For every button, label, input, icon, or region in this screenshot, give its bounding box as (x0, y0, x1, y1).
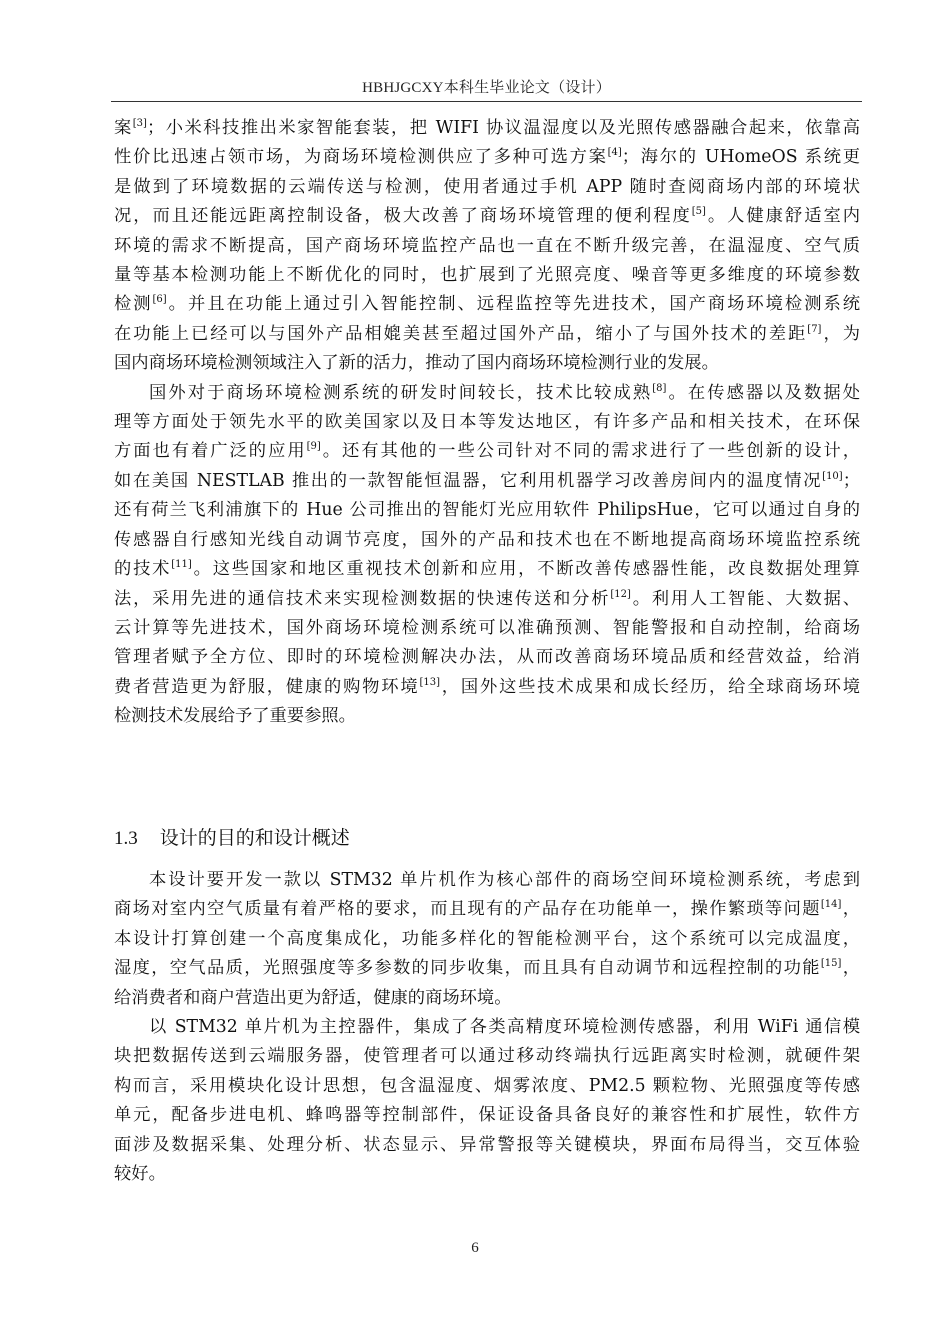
text-line: 检测技术发展给予了重要参照。 (114, 702, 860, 731)
line-text: 较好。 (114, 1164, 166, 1184)
text-line: 理等方面处于领先水平的欧美国家以及日本等发达地区，有许多产品和相关技术，在环保 (114, 408, 860, 437)
section-title: 设计的目的和设计概述 (160, 827, 350, 849)
line-text: 。在传感器以及数据处 (666, 383, 860, 403)
citation-ref: [8] (652, 383, 666, 394)
line-text: 商场对室内空气质量有着严格的要求，而且现有的产品存在功能单一，操作繁琐等问题 (114, 899, 821, 919)
citation-ref: [12] (610, 589, 631, 600)
text-line: 是做到了环境数据的云端传送与检测，使用者通过手机 APP 随时查阅商场内部的环境… (114, 173, 860, 202)
body-text-after-section: 本设计要开发一款以 STM32 单片机作为核心部件的商场空间环境检测系统，考虑到… (114, 866, 860, 1189)
text-line: 检测[6]。并且在功能上通过引入智能控制、远程监控等先进技术，国产商场环境检测系… (114, 290, 860, 319)
text-line: 国外对于商场环境检测系统的研发时间较长，技术比较成熟[8]。在传感器以及数据处 (114, 379, 860, 408)
line-text: 法，采用先进的通信技术来实现检测数据的快速传送和分析 (114, 589, 610, 609)
line-text: 的技术 (114, 559, 171, 579)
line-text: 湿度，空气品质，光照强度等多参数的同步收集，而且具有自动调节和远程控制的功能 (114, 958, 821, 978)
text-line: 块把数据传送到云端服务器，使管理者可以通过移动终端执行远距离实时检测，就硬件架 (114, 1042, 860, 1071)
text-line: 法，采用先进的通信技术来实现检测数据的快速传送和分析[12]。利用人工智能、大数… (114, 585, 860, 614)
text-line: 较好。 (114, 1160, 860, 1189)
line-text: 管理者赋予全方位、即时的环境检测解决办法，从而改善商场环境品质和经营效益，给消 (114, 647, 860, 667)
line-text: 环境的需求不断提高，国产商场环境监控产品也一直在不断升级完善，在温湿度、空气质 (114, 236, 860, 256)
line-text: 。利用人工智能、大数据、 (631, 589, 860, 609)
text-line: 以 STM32 单片机为主控器件，集成了各类高精度环境检测传感器，利用 WiFi… (114, 1013, 860, 1042)
page-number: 6 (0, 1240, 950, 1257)
section-heading: 1.3设计的目的和设计概述 (114, 823, 350, 850)
text-line: 湿度，空气品质，光照强度等多参数的同步收集，而且具有自动调节和远程控制的功能[1… (114, 954, 860, 983)
citation-ref: [13] (419, 677, 440, 688)
text-line: 云计算等先进技术，国外商场环境检测系统可以准确预测、智能警报和自动控制，给商场 (114, 614, 860, 643)
text-line: 的技术[11]。这些国家和地区重视技术创新和应用，不断改善传感器性能，改良数据处… (114, 555, 860, 584)
line-text: 性价比迅速占领市场，为商场环境检测供应了多种可选方案 (114, 147, 608, 167)
line-text: 还有荷兰飞利浦旗下的 Hue 公司推出的智能灯光应用软件 PhilipsHue，… (114, 500, 860, 520)
text-line: 在功能上已经可以与国外产品相媲美甚至超过国外产品，缩小了与国外技术的差距[7]，… (114, 320, 860, 349)
line-text: 如在美国 NESTLAB 推出的一款智能恒温器，它利用机器学习改善房间内的温度情… (114, 471, 822, 491)
line-text: 。人健康舒适室内 (706, 206, 860, 226)
text-line: 还有荷兰飞利浦旗下的 Hue 公司推出的智能灯光应用软件 PhilipsHue，… (114, 496, 860, 525)
citation-ref: [10] (822, 471, 843, 482)
line-text: 云计算等先进技术，国外商场环境检测系统可以准确预测、智能警报和自动控制，给商场 (114, 618, 860, 638)
line-text: 在功能上已经可以与国外产品相媲美甚至超过国外产品，缩小了与国外技术的差距 (114, 324, 807, 344)
line-text: 是做到了环境数据的云端传送与检测，使用者通过手机 APP 随时查阅商场内部的环境… (114, 177, 860, 197)
line-text: ， (841, 899, 860, 919)
text-line: 方面也有着广泛的应用[9]。还有其他的一些公司针对不同的需求进行了一些创新的设计… (114, 437, 860, 466)
text-line: 传感器自行感知光线自动调节亮度，国外的产品和技术也在不断地提高商场环境监控系统 (114, 526, 860, 555)
line-text: 量等基本检测功能上不断优化的同时，也扩展到了光照亮度、噪音等更多维度的环境参数 (114, 265, 860, 285)
line-text: 本设计打算创建一个高度集成化，功能多样化的智能检测平台，这个系统可以完成温度， (114, 929, 860, 949)
text-line: 给消费者和商户营造出更为舒适，健康的商场环境。 (114, 984, 860, 1013)
text-line: 本设计要开发一款以 STM32 单片机作为核心部件的商场空间环境检测系统，考虑到 (114, 866, 860, 895)
line-text: 传感器自行感知光线自动调节亮度，国外的产品和技术也在不断地提高商场环境监控系统 (114, 530, 860, 550)
text-line: 量等基本检测功能上不断优化的同时，也扩展到了光照亮度、噪音等更多维度的环境参数 (114, 261, 860, 290)
text-line: 性价比迅速占领市场，为商场环境检测供应了多种可选方案[4]；海尔的 UHomeO… (114, 143, 860, 172)
line-text: 案 (114, 118, 133, 138)
line-text: ，国外这些技术成果和成长经历，给全球商场环境 (440, 677, 860, 697)
citation-ref: [6] (153, 294, 167, 305)
line-text: 方面也有着广泛的应用 (114, 441, 307, 461)
line-text: ； (843, 471, 860, 491)
line-text: 国内商场环境检测领域注入了新的活力，推动了国内商场环境检测行业的发展。 (114, 353, 719, 373)
text-line: 面涉及数据采集、处理分析、状态显示、异常警报等关键模块，界面布局得当，交互体验 (114, 1131, 860, 1160)
citation-ref: [15] (821, 958, 842, 969)
citation-ref: [7] (807, 324, 821, 335)
text-line: 商场对室内空气质量有着严格的要求，而且现有的产品存在功能单一，操作繁琐等问题[1… (114, 895, 860, 924)
document-page: HBHJGCXY本科生毕业论文（设计） 案[3]；小米科技推出米家智能套装，把 … (0, 0, 950, 1344)
section-number: 1.3 (114, 828, 138, 849)
citation-ref: [9] (307, 441, 321, 452)
citation-ref: [11] (171, 559, 192, 570)
citation-ref: [14] (821, 899, 842, 910)
line-text: 。并且在功能上通过引入智能控制、远程监控等先进技术，国产商场环境检测系统 (167, 294, 860, 314)
body-text-before-section: 案[3]；小米科技推出米家智能套装，把 WIFI 协议温湿度以及光照传感器融合起… (114, 114, 860, 732)
citation-ref: [4] (608, 147, 622, 158)
line-text: 。这些国家和地区重视技术创新和应用，不断改善传感器性能，改良数据处理算 (192, 559, 860, 579)
text-line: 环境的需求不断提高，国产商场环境监控产品也一直在不断升级完善，在温湿度、空气质 (114, 232, 860, 261)
line-text: 况，而且还能远距离控制设备，极大改善了商场环境管理的便利程度 (114, 206, 692, 226)
text-line: 费者营造更为舒服，健康的购物环境[13]，国外这些技术成果和成长经历，给全球商场… (114, 673, 860, 702)
text-line: 如在美国 NESTLAB 推出的一款智能恒温器，它利用机器学习改善房间内的温度情… (114, 467, 860, 496)
text-line: 案[3]；小米科技推出米家智能套装，把 WIFI 协议温湿度以及光照传感器融合起… (114, 114, 860, 143)
line-text: 本设计要开发一款以 STM32 单片机作为核心部件的商场空间环境检测系统，考虑到 (149, 870, 860, 890)
line-text: ，为 (821, 324, 860, 344)
line-text: 费者营造更为舒服，健康的购物环境 (114, 677, 419, 697)
line-text: 国外对于商场环境检测系统的研发时间较长，技术比较成熟 (149, 383, 652, 403)
text-line: 管理者赋予全方位、即时的环境检测解决办法，从而改善商场环境品质和经营效益，给消 (114, 643, 860, 672)
text-line: 构而言，采用模块化设计思想，包含温湿度、烟雾浓度、PM2.5 颗粒物、光照强度等… (114, 1072, 860, 1101)
line-text: 块把数据传送到云端服务器，使管理者可以通过移动终端执行远距离实时检测，就硬件架 (114, 1046, 860, 1066)
text-line: 单元，配备步进电机、蜂鸣器等控制部件，保证设备具备良好的兼容性和扩展性，软件方 (114, 1101, 860, 1130)
running-header: HBHJGCXY本科生毕业论文（设计） (111, 76, 862, 97)
line-text: 面涉及数据采集、处理分析、状态显示、异常警报等关键模块，界面布局得当，交互体验 (114, 1135, 860, 1155)
line-text: 以 STM32 单片机为主控器件，集成了各类高精度环境检测传感器，利用 WiFi… (149, 1017, 860, 1037)
line-text: ；小米科技推出米家智能套装，把 WIFI 协议温湿度以及光照传感器融合起来，依靠… (147, 118, 860, 138)
line-text: 理等方面处于领先水平的欧美国家以及日本等发达地区，有许多产品和相关技术，在环保 (114, 412, 860, 432)
citation-ref: [5] (692, 206, 706, 217)
text-line: 国内商场环境检测领域注入了新的活力，推动了国内商场环境检测行业的发展。 (114, 349, 860, 378)
line-text: 给消费者和商户营造出更为舒适，健康的商场环境。 (114, 988, 511, 1008)
line-text: 检测技术发展给予了重要参照。 (114, 706, 356, 726)
line-text: ；海尔的 UHomeOS 系统更 (622, 147, 860, 167)
citation-ref: [3] (133, 118, 147, 129)
line-text: 检测 (114, 294, 153, 314)
line-text: 构而言，采用模块化设计思想，包含温湿度、烟雾浓度、PM2.5 颗粒物、光照强度等… (114, 1076, 860, 1096)
line-text: 单元，配备步进电机、蜂鸣器等控制部件，保证设备具备良好的兼容性和扩展性，软件方 (114, 1105, 860, 1125)
line-text: 。还有其他的一些公司针对不同的需求进行了一些创新的设计， (321, 441, 860, 461)
line-text: ， (841, 958, 860, 978)
text-line: 况，而且还能远距离控制设备，极大改善了商场环境管理的便利程度[5]。人健康舒适室… (114, 202, 860, 231)
header-rule (111, 101, 862, 102)
text-line: 本设计打算创建一个高度集成化，功能多样化的智能检测平台，这个系统可以完成温度， (114, 925, 860, 954)
